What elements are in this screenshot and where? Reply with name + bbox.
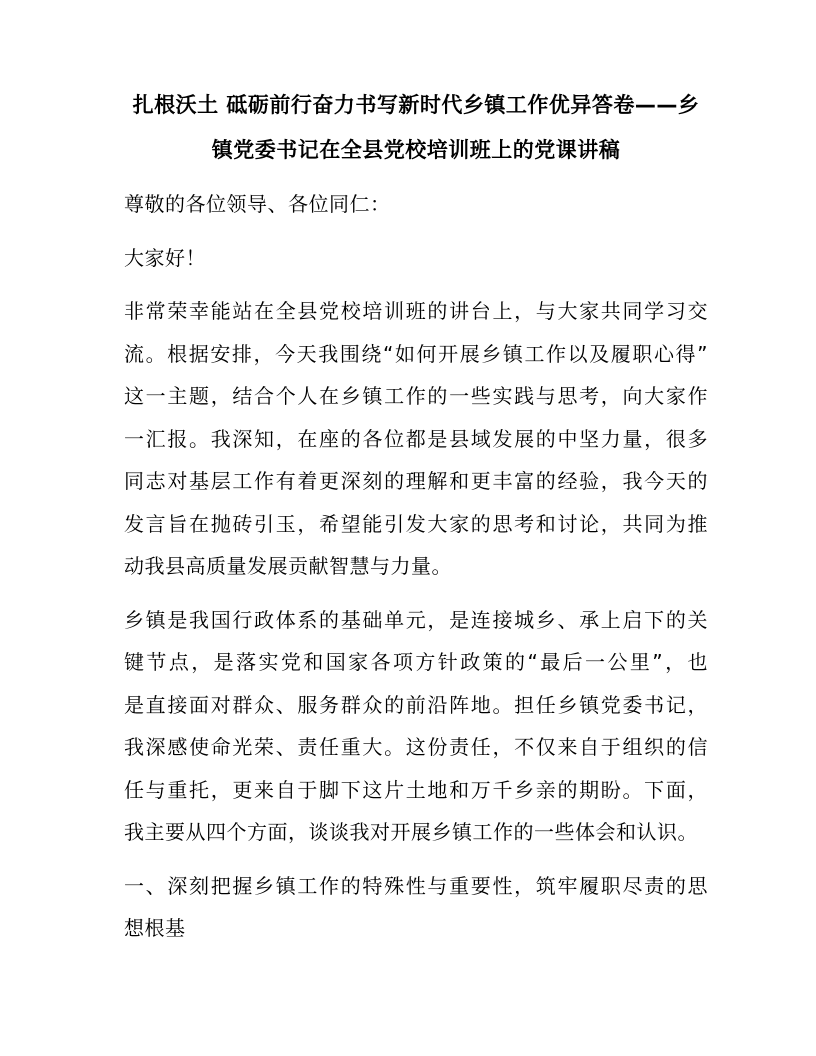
text-line: 一、深刻把握乡镇工作的特殊性与重要性，筑牢履职尽责的思: [124, 865, 708, 908]
text-line: 大家好！: [124, 237, 708, 280]
document-page: 扎根沃土 砥砺前行奋力书写新时代乡镇工作优异答卷——乡 镇党委书记在全县党校培训…: [0, 0, 816, 1056]
text-line: 一汇报。我深知，在座的各位都是县域发展的中坚力量，很多: [124, 418, 708, 461]
text-line: 键节点，是落实党和国家各项方针政策的“最后一公里”，也: [124, 641, 708, 684]
paragraph-salutation: 尊敬的各位领导、各位同仁：: [124, 183, 708, 226]
text-line: 这一主题，结合个人在乡镇工作的一些实践与思考，向大家作: [124, 375, 708, 418]
text-line: 我深感使命光荣、责任重大。这份责任，不仅来自于组织的信: [124, 726, 708, 769]
text-line: 动我县高质量发展贡献智慧与力量。: [124, 545, 708, 588]
text-line: 尊敬的各位领导、各位同仁：: [124, 183, 708, 226]
text-line: 是直接面对群众、服务群众的前沿阵地。担任乡镇党委书记，: [124, 684, 708, 727]
text-line: 想根基: [124, 907, 708, 950]
text-line: 发言旨在抛砖引玉，希望能引发大家的思考和讨论，共同为推: [124, 503, 708, 546]
text-line: 流。根据安排，今天我围绕“如何开展乡镇工作以及履职心得”: [124, 333, 708, 376]
text-line: 非常荣幸能站在全县党校培训班的讲台上，与大家共同学习交: [124, 290, 708, 333]
document-body: 尊敬的各位领导、各位同仁：大家好！非常荣幸能站在全县党校培训班的讲台上，与大家共…: [124, 183, 708, 950]
document-title: 扎根沃土 砥砺前行奋力书写新时代乡镇工作优异答卷——乡 镇党委书记在全县党校培训…: [124, 83, 708, 173]
paragraph-body: 非常荣幸能站在全县党校培训班的讲台上，与大家共同学习交流。根据安排，今天我围绕“…: [124, 290, 708, 588]
section-heading: 一、深刻把握乡镇工作的特殊性与重要性，筑牢履职尽责的思想根基: [124, 865, 708, 950]
text-line: 我主要从四个方面，谈谈我对开展乡镇工作的一些体会和认识。: [124, 811, 708, 854]
text-line: 任与重托，更来自于脚下这片土地和万千乡亲的期盼。下面，: [124, 769, 708, 812]
paragraph-greeting: 大家好！: [124, 237, 708, 280]
text-line: 同志对基层工作有着更深刻的理解和更丰富的经验，我今天的: [124, 460, 708, 503]
text-line: 乡镇是我国行政体系的基础单元，是连接城乡、承上启下的关: [124, 599, 708, 642]
document-title-line-2: 镇党委书记在全县党校培训班上的党课讲稿: [124, 128, 708, 173]
paragraph-body: 乡镇是我国行政体系的基础单元，是连接城乡、承上启下的关键节点，是落实党和国家各项…: [124, 599, 708, 854]
document-content: 扎根沃土 砥砺前行奋力书写新时代乡镇工作优异答卷——乡 镇党委书记在全县党校培训…: [124, 83, 708, 961]
document-title-line-1: 扎根沃土 砥砺前行奋力书写新时代乡镇工作优异答卷——乡: [124, 83, 708, 128]
